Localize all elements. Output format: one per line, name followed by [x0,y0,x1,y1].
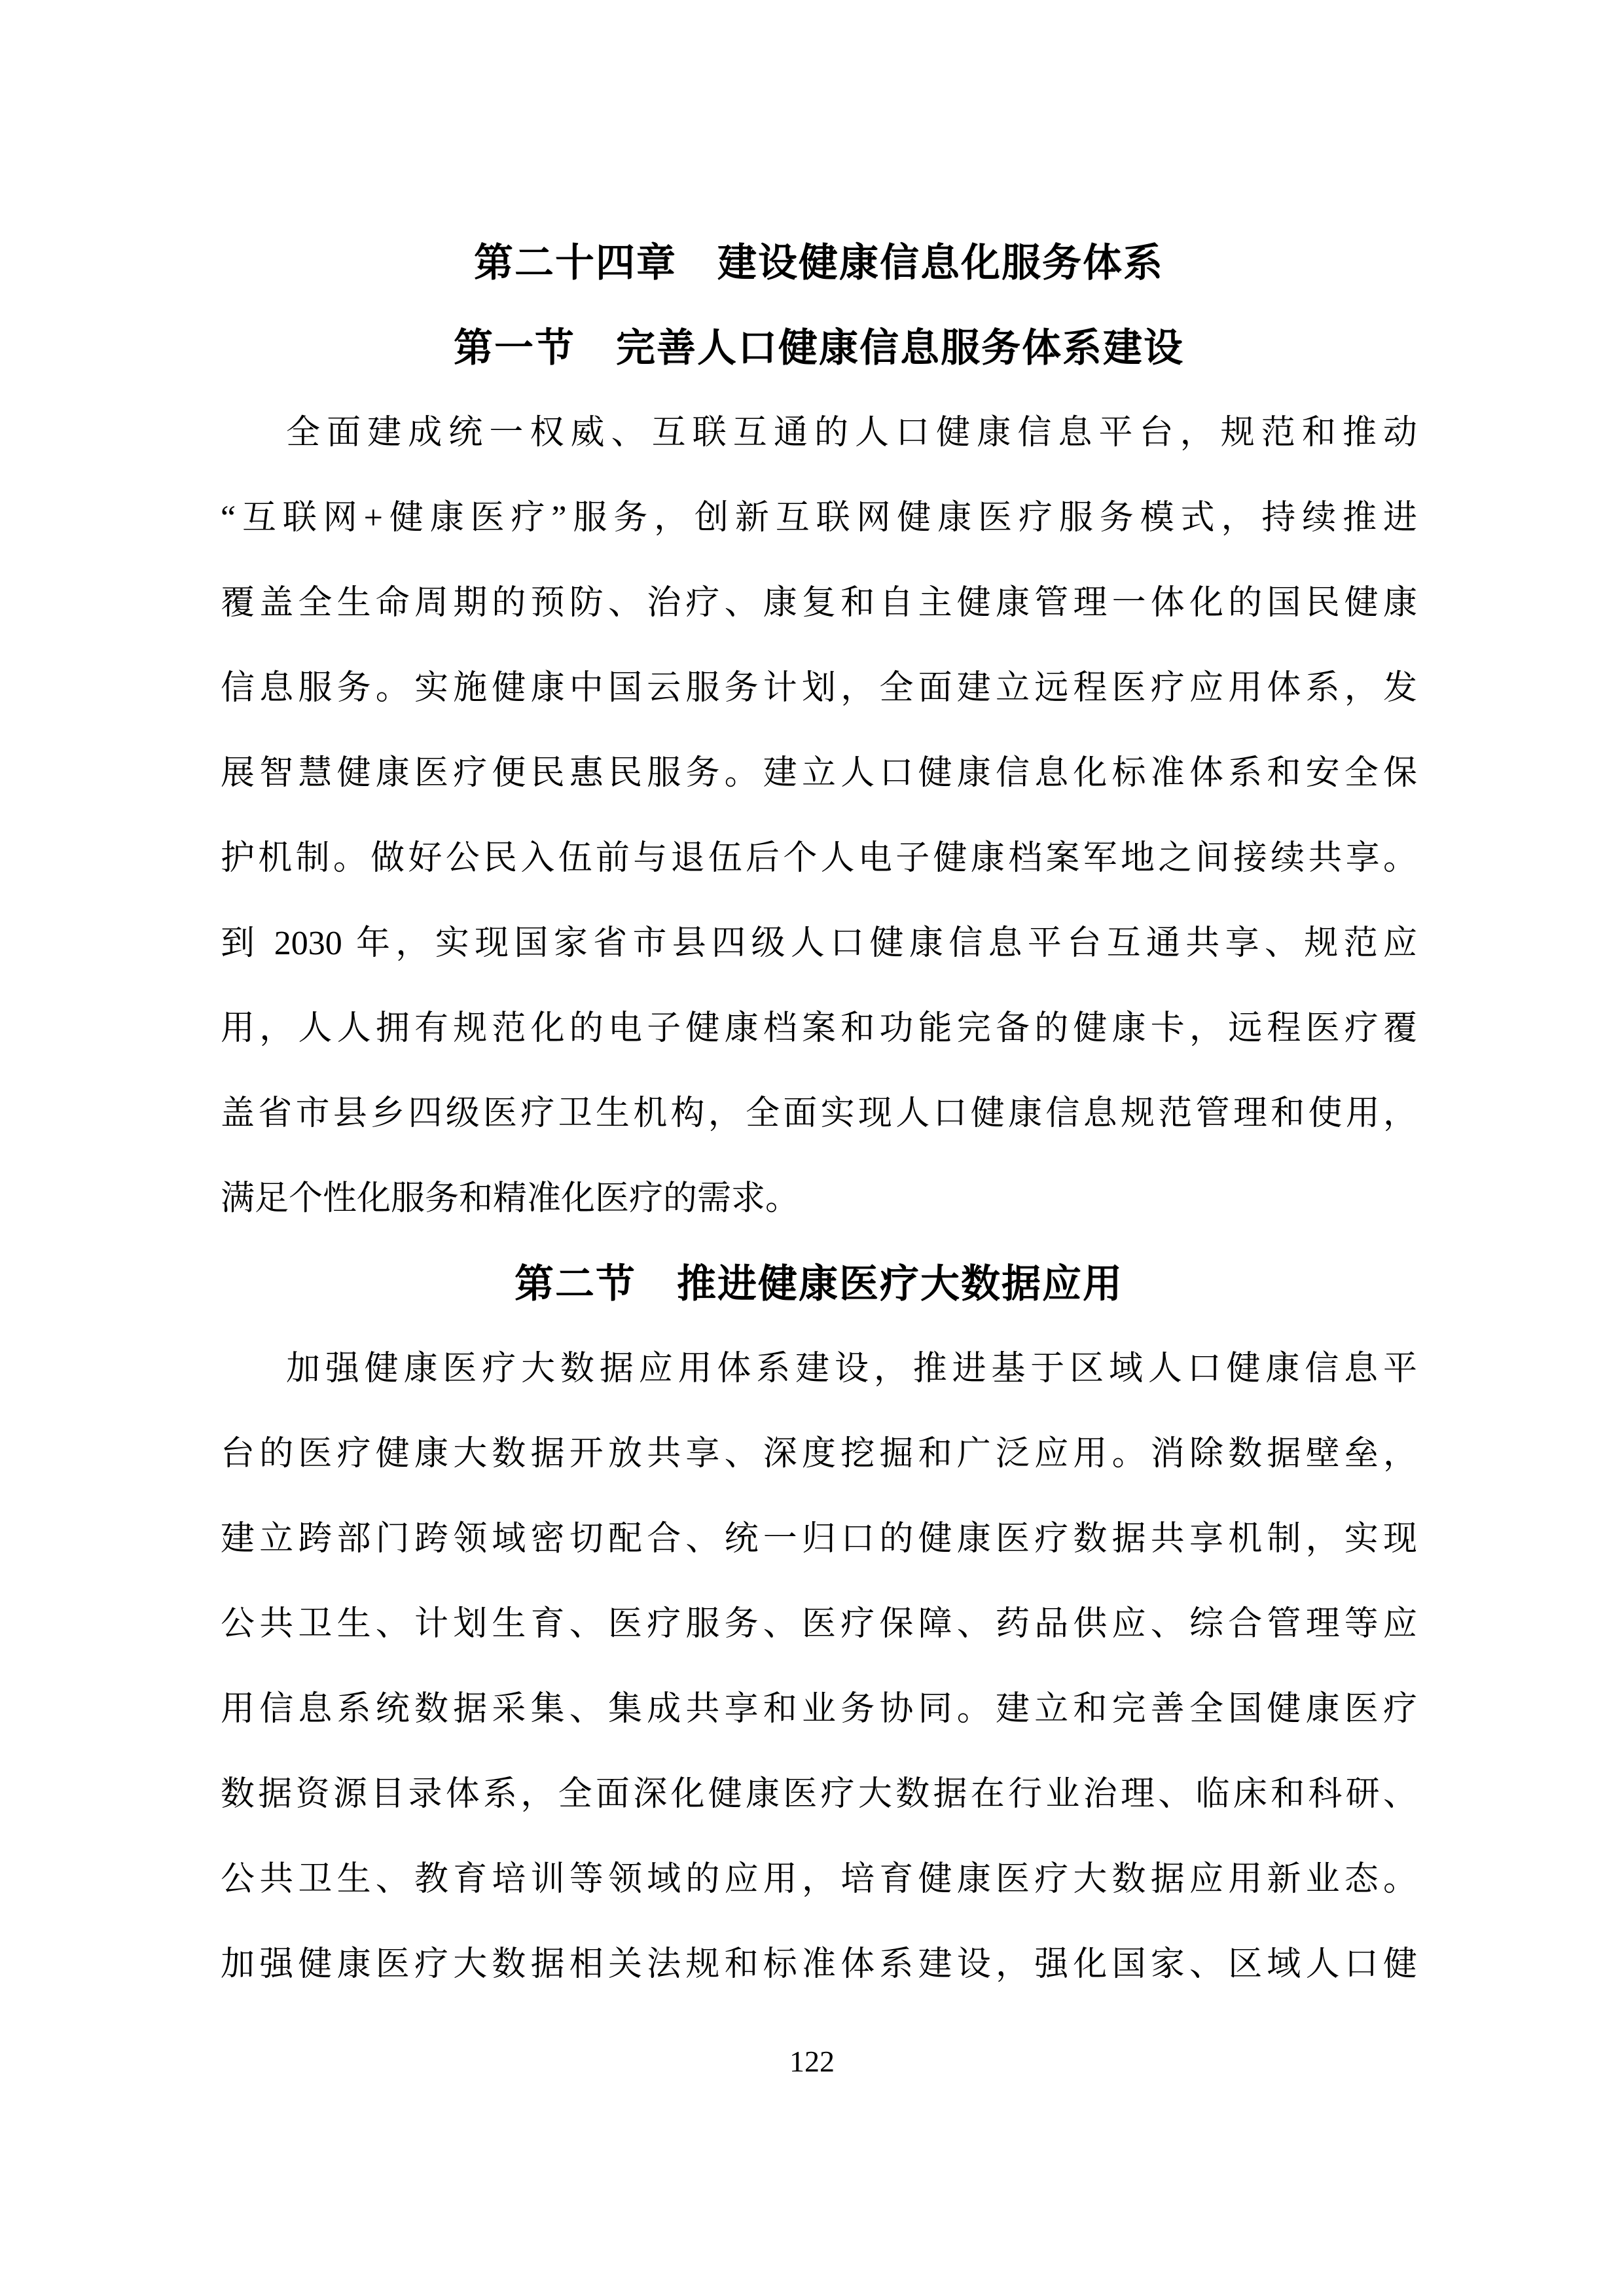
body-line: 公共卫生、教育培训等领域的应用，培育健康医疗大数据应用新业态。 [221,1837,1417,1922]
page-content: 第二十四章 建设健康信息化服务体系 第一节 完善人口健康信息服务体系建设 全面建… [221,221,1417,2007]
body-line: 建立跨部门跨领域密切配合、统一归口的健康医疗数据共享机制，实现 [221,1497,1417,1582]
body-line: 公共卫生、计划生育、医疗服务、医疗保障、药品供应、综合管理等应 [221,1582,1417,1667]
page-number: 122 [789,2045,835,2078]
body-line: 到 2030 年，实现国家省市县四级人口健康信息平台互通共享、规范应 [221,901,1417,986]
body-line: 盖省市县乡四级医疗卫生机构，全面实现人口健康信息规范管理和使用， [221,1071,1417,1157]
body-line: 台的医疗健康大数据开放共享、深度挖掘和广泛应用。消除数据壁垒， [221,1412,1417,1497]
body-line: 覆盖全生命周期的预防、治疗、康复和自主健康管理一体化的国民健康 [221,561,1417,646]
page-footer: 122 [0,2019,1624,2104]
body-line: “互联网+健康医疗”服务，创新互联网健康医疗服务模式，持续推进 [221,476,1417,561]
body-line: 全面建成统一权威、互联互通的人口健康信息平台，规范和推动 [221,391,1417,476]
section-2-heading: 第二节 推进健康医疗大数据应用 [221,1242,1417,1327]
body-line: 数据资源目录体系，全面深化健康医疗大数据在行业治理、临床和科研、 [221,1752,1417,1837]
body-line: 展智慧健康医疗便民惠民服务。建立人口健康信息化标准体系和安全保 [221,731,1417,816]
body-line: 用信息系统数据采集、集成共享和业务协同。建立和完善全国健康医疗 [221,1667,1417,1752]
body-line: 用，人人拥有规范化的电子健康档案和功能完备的健康卡，远程医疗覆 [221,986,1417,1071]
body-line: 加强健康医疗大数据相关法规和标准体系建设，强化国家、区域人口健 [221,1922,1417,2007]
body-line: 满足个性化服务和精准化医疗的需求。 [221,1157,1417,1242]
document-page: 第二十四章 建设健康信息化服务体系 第一节 完善人口健康信息服务体系建设 全面建… [0,0,1624,2296]
body-line: 信息服务。实施健康中国云服务计划，全面建立远程医疗应用体系，发 [221,646,1417,731]
chapter-heading: 第二十四章 建设健康信息化服务体系 [221,221,1417,306]
body-line: 护机制。做好公民入伍前与退伍后个人电子健康档案军地之间接续共享。 [221,816,1417,901]
body-line: 加强健康医疗大数据应用体系建设，推进基于区域人口健康信息平 [221,1327,1417,1412]
section-1-heading: 第一节 完善人口健康信息服务体系建设 [221,306,1417,391]
